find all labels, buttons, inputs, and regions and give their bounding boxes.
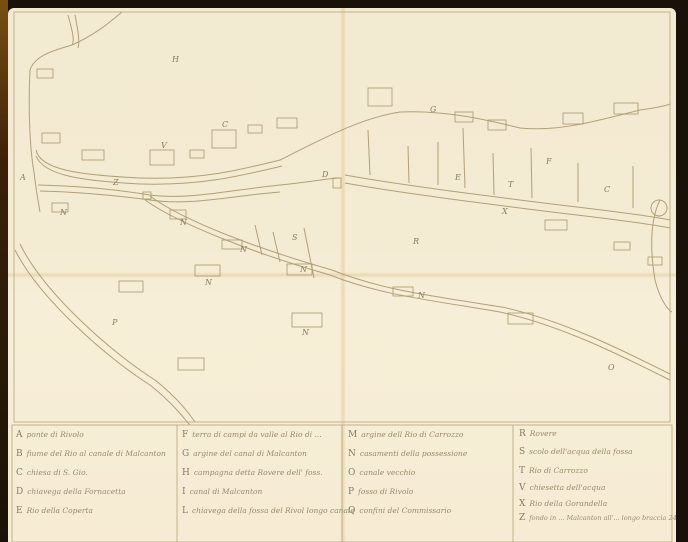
legend-column-1: Aponte di Rivolo Bfiume del Rio al canal… bbox=[16, 425, 176, 542]
legend-key: M bbox=[348, 430, 357, 440]
map-label-a: A bbox=[20, 173, 26, 182]
map-label-v: V bbox=[161, 141, 167, 150]
legend-key: T bbox=[519, 466, 525, 476]
legend-entry: Sscolo dell'acqua della fossa bbox=[519, 442, 669, 461]
map-label-n: N bbox=[205, 278, 212, 287]
legend-text: chiesa di S. Gio. bbox=[27, 468, 88, 477]
legend-text: fiume del Rio al canale di Malcanton bbox=[27, 449, 166, 458]
map-label-n: N bbox=[418, 291, 425, 300]
legend-entry: XRio della Gorandella bbox=[519, 496, 669, 511]
legend-entry: Icanal di Malcanton bbox=[182, 482, 342, 501]
legend-column-4: RRovere Sscolo dell'acqua della fossa TR… bbox=[519, 425, 669, 542]
legend-entry: Pfosso di Rivolo bbox=[348, 482, 513, 501]
legend-key: I bbox=[182, 487, 186, 497]
legend-entry: Hcampagna detta Rovere dell' foss. bbox=[182, 463, 342, 482]
legend-entry: Aponte di Rivolo bbox=[16, 425, 176, 444]
legend-entry: Cchiesa di S. Gio. bbox=[16, 463, 176, 482]
legend-key: X bbox=[519, 499, 525, 509]
legend-column-3: Margine dell Rio di Carrozzo Ncasamenti … bbox=[348, 425, 513, 542]
map-label-n: N bbox=[302, 328, 309, 337]
legend-entry: Zfondo in ... Malcanton all'... longo br… bbox=[519, 511, 669, 526]
legend-text: terra di campi da valle al Rio di ... bbox=[192, 430, 321, 439]
legend-key: O bbox=[348, 468, 355, 478]
legend-entry: Bfiume del Rio al canale di Malcanton bbox=[16, 444, 176, 463]
map-label-f: F bbox=[546, 157, 552, 166]
map-label-c2: C bbox=[604, 185, 610, 194]
legend-text: chiavega della Fornacetta bbox=[27, 487, 125, 496]
map-label-g: G bbox=[430, 105, 436, 114]
map-label-t: T bbox=[508, 180, 513, 189]
legend-key: Z bbox=[519, 513, 525, 523]
map-label-c: C bbox=[222, 120, 228, 129]
map-label-r: R bbox=[413, 237, 419, 246]
legend-entry: Qconfini del Commissario bbox=[348, 501, 513, 520]
map-label-o: O bbox=[608, 363, 615, 372]
legend-text: chiavega della fossa del Rivol longo can… bbox=[192, 506, 355, 515]
legend-text: Rio di Carrozzo bbox=[529, 466, 588, 475]
legend-key: G bbox=[182, 449, 189, 459]
legend-text: Rovere bbox=[530, 429, 557, 438]
map-label-s: S bbox=[292, 233, 297, 242]
map-label-n: N bbox=[240, 245, 247, 254]
legend-text: campagna detta Rovere dell' foss. bbox=[194, 468, 323, 477]
legend-key: A bbox=[16, 430, 23, 440]
legend-text: Rio della Gorandella bbox=[529, 499, 607, 508]
legend-key: H bbox=[182, 468, 190, 478]
legend-text: fondo in ... Malcanton all'... longo bra… bbox=[529, 514, 676, 522]
legend-entry: Lchiavega della fossa del Rivol longo ca… bbox=[182, 501, 342, 520]
legend-text: fosso di Rivolo bbox=[358, 487, 413, 496]
map-label-n: N bbox=[300, 265, 307, 274]
legend-entry: Gargine del canal di Malcanton bbox=[182, 444, 342, 463]
legend-key: F bbox=[182, 430, 188, 440]
legend-text: scolo dell'acqua della fossa bbox=[529, 447, 632, 456]
map-label-h: H bbox=[172, 55, 179, 64]
map-legend: Aponte di Rivolo Bfiume del Rio al canal… bbox=[12, 425, 672, 542]
legend-entry: Ocanale vecchio bbox=[348, 463, 513, 482]
legend-key: D bbox=[16, 487, 23, 497]
legend-text: ponte di Rivolo bbox=[27, 430, 84, 439]
legend-entry: Fterra di campi da valle al Rio di ... bbox=[182, 425, 342, 444]
map-label-p: P bbox=[112, 318, 117, 327]
legend-key: S bbox=[519, 447, 525, 457]
legend-entry: ERio della Coperta bbox=[16, 501, 176, 520]
legend-text: casamenti della possessione bbox=[360, 449, 467, 458]
map-label-x: X bbox=[502, 207, 508, 216]
legend-entry: Margine dell Rio di Carrozzo bbox=[348, 425, 513, 444]
legend-key: E bbox=[16, 506, 23, 516]
legend-key: B bbox=[16, 449, 23, 459]
legend-text: argine del canal di Malcanton bbox=[193, 449, 307, 458]
map-label-d: D bbox=[322, 170, 328, 179]
legend-key: Q bbox=[348, 506, 355, 516]
legend-text: chiesetta dell'acqua bbox=[530, 483, 606, 492]
map-label-e: E bbox=[455, 173, 461, 182]
legend-text: canal di Malcanton bbox=[190, 487, 263, 496]
legend-key: P bbox=[348, 487, 354, 497]
legend-entry: Vchiesetta dell'acqua bbox=[519, 480, 669, 496]
legend-key: R bbox=[519, 429, 526, 439]
legend-key: V bbox=[519, 483, 526, 493]
legend-text: Rio della Coperta bbox=[27, 506, 93, 515]
map-label-n: N bbox=[180, 218, 187, 227]
legend-text: canale vecchio bbox=[359, 468, 415, 477]
map-label-n: N bbox=[60, 208, 67, 217]
legend-entry: TRio di Carrozzo bbox=[519, 461, 669, 480]
legend-column-2: Fterra di campi da valle al Rio di ... G… bbox=[182, 425, 342, 542]
legend-entry: Ncasamenti della possessione bbox=[348, 444, 513, 463]
legend-text: confini del Commissario bbox=[359, 506, 451, 515]
legend-text: argine dell Rio di Carrozzo bbox=[361, 430, 463, 439]
legend-key: L bbox=[182, 506, 188, 516]
legend-key: C bbox=[16, 468, 23, 478]
legend-entry: Dchiavega della Fornacetta bbox=[16, 482, 176, 501]
legend-key: N bbox=[348, 449, 356, 459]
map-label-z: Z bbox=[113, 178, 119, 187]
legend-entry: RRovere bbox=[519, 425, 669, 442]
